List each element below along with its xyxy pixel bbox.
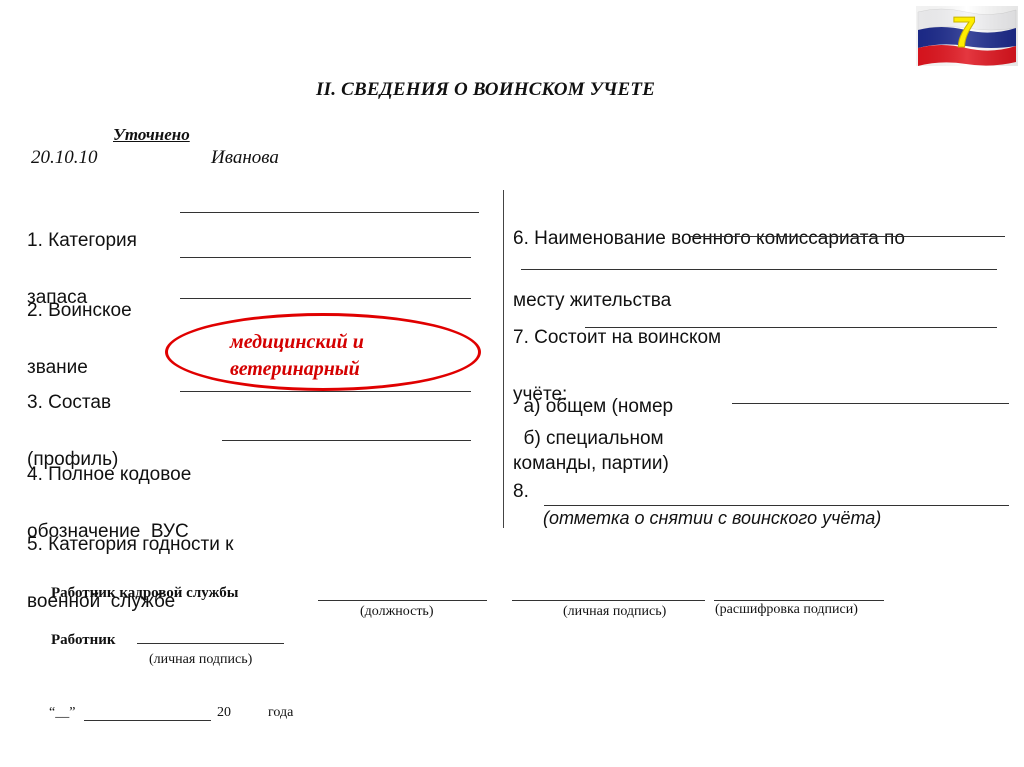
date-month-input-line[interactable]	[84, 720, 211, 721]
russian-flag-icon: 7	[916, 6, 1018, 66]
signature-input-line[interactable]	[512, 600, 705, 601]
hr-worker-label: Работник кадровой службы	[51, 585, 238, 602]
field-8-input-line[interactable]	[544, 505, 1009, 506]
field-4-line1: 4. Полное кодовое	[27, 465, 191, 484]
field-2-line1: 2. Воинское	[27, 301, 132, 320]
field-1-input-line-2[interactable]	[180, 257, 471, 258]
field-2-input-line[interactable]	[180, 298, 471, 299]
worker-signature-input-line[interactable]	[137, 643, 284, 644]
annotation-name: Иванова	[211, 147, 279, 169]
signature-caption: (личная подпись)	[563, 604, 666, 620]
position-caption: (должность)	[360, 604, 433, 620]
year-suffix: года	[268, 705, 293, 721]
annotation-label: Уточнено	[113, 125, 190, 145]
field-7a-line2: команды, партии)	[513, 454, 673, 473]
annotation-date: 20.10.10	[31, 147, 98, 169]
decoding-input-line[interactable]	[714, 600, 884, 601]
field-4-input-line[interactable]	[222, 440, 471, 441]
stamp-line2: ветеринарный	[230, 358, 360, 381]
field-8-caption: (отметка о снятии с воинского учёта)	[543, 508, 881, 529]
field-7a-label: а) общем (номер команды, партии)	[513, 359, 673, 492]
field-6-input-line-2[interactable]	[521, 269, 997, 270]
field-5-line1: 5. Категория годности к	[27, 535, 233, 554]
decoding-caption: (расшифровка подписи)	[715, 602, 858, 618]
page-title: II. СВЕДЕНИЯ О ВОИНСКОМ УЧЕТЕ	[316, 79, 655, 101]
field-6-input-line[interactable]	[690, 236, 1005, 237]
field-7a-input-line[interactable]	[732, 403, 1009, 404]
field-7a-line1: а) общем (номер	[513, 397, 673, 416]
field-7-input-line[interactable]	[585, 327, 997, 328]
field-1-input-line[interactable]	[180, 212, 479, 213]
position-input-line[interactable]	[318, 600, 487, 601]
field-7-line1: 7. Состоит на воинском	[513, 328, 721, 347]
column-divider	[503, 190, 504, 528]
date-day-field[interactable]: “__”	[49, 705, 75, 721]
year-prefix: 20	[217, 705, 231, 721]
worker-signature-caption: (личная подпись)	[149, 652, 252, 668]
worker-label: Работник	[51, 632, 116, 649]
stamp-line1: медицинский и	[230, 331, 364, 354]
slide-number: 7	[952, 8, 976, 58]
field-8-label: 8.	[513, 482, 529, 501]
field-5-label: 5. Категория годности к военной службе	[27, 497, 233, 630]
field-7b-label: б) специальном	[513, 429, 664, 448]
field-3-line1: 3. Состав	[27, 393, 118, 412]
field-1-line1: 1. Категория	[27, 231, 137, 250]
field-3-input-line[interactable]	[180, 391, 471, 392]
field-6-line1: 6. Наименование военного комиссариата по	[513, 229, 905, 248]
